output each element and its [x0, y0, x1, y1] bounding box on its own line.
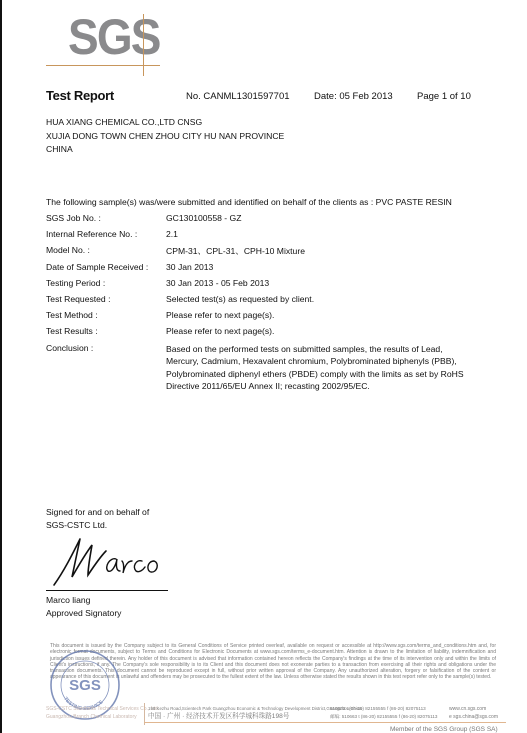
info-label: Testing Period :: [46, 278, 166, 288]
info-value: 30 Jan 2013: [166, 262, 506, 272]
sgs-logo: SGS: [44, 8, 162, 70]
info-label: Test Method :: [46, 310, 166, 320]
signature-line: [46, 590, 168, 591]
email-link[interactable]: e sgs.china@sgs.com: [449, 713, 498, 721]
signed-company: SGS-CSTC Ltd.: [46, 519, 149, 532]
company-branch-line: Guangzhou Branch Chemical Laboratory: [46, 713, 159, 721]
info-label: Test Results :: [46, 326, 166, 336]
info-label: Model No. :: [46, 245, 166, 255]
footer-web: www.cn.sgs.com e sgs.china@sgs.com: [449, 705, 498, 721]
client-address-block: HUA XIANG CHEMICAL CO.,LTD CNSG XUJIA DO…: [46, 116, 284, 155]
info-row: Test Results : Please refer to next page…: [46, 326, 506, 342]
info-value: Selected test(s) as requested by client.: [166, 294, 506, 304]
page-indicator: Page 1 of 10: [417, 91, 471, 102]
contact-phone-line: 510663 t (86-20) 82155555 f (86-20) 8207…: [330, 705, 437, 713]
conclusion-row: Conclusion : Based on the performed test…: [46, 343, 506, 393]
info-value: 2.1: [166, 229, 506, 239]
sgs-group-member: Member of the SGS Group (SGS SA): [390, 726, 498, 733]
signer-block: Marco liang Approved Signatory: [46, 594, 121, 620]
report-title: Test Report: [46, 88, 114, 103]
logo-vertical-rule: [143, 14, 144, 76]
signed-on-behalf: Signed for and on behalf of SGS-CSTC Ltd…: [46, 506, 149, 531]
info-row: SGS Job No. : GC130100558 - GZ: [46, 213, 506, 229]
info-label: Test Requested :: [46, 294, 166, 304]
client-name: HUA XIANG CHEMICAL CO.,LTD CNSG: [46, 116, 284, 129]
info-row: Testing Period : 30 Jan 2013 - 05 Feb 20…: [46, 278, 506, 294]
footer-contact: 510663 t (86-20) 82155555 f (86-20) 8207…: [330, 705, 437, 721]
info-row: Date of Sample Received : 30 Jan 2013: [46, 262, 506, 278]
svg-text:SGS: SGS: [69, 677, 101, 694]
info-value: Please refer to next page(s).: [166, 326, 506, 336]
contact-phone-line-cn: 邮编: 510663 t (86-20) 82155555 f (86-20) …: [330, 713, 437, 721]
report-number: No. CANML1301597701: [186, 91, 290, 102]
page-left-edge: [0, 0, 2, 733]
report-header: Test Report No. CANML1301597701 Date: 05…: [0, 90, 527, 106]
client-address-line: CHINA: [46, 143, 284, 156]
client-address-line: XUJIA DONG TOWN CHEN ZHOU CITY HU NAN PR…: [46, 130, 284, 143]
sample-info-table: SGS Job No. : GC130100558 - GZ Internal …: [46, 213, 506, 393]
info-label: Date of Sample Received :: [46, 262, 166, 272]
signer-name: Marco liang: [46, 594, 121, 607]
sgs-company-name: SGS-CSTC Standards Technical Services Co…: [46, 705, 159, 721]
info-label: Internal Reference No. :: [46, 229, 166, 239]
handwritten-signature: Marco: [50, 533, 170, 589]
info-value: Please refer to next page(s).: [166, 310, 506, 320]
info-value: GC130100558 - GZ: [166, 213, 506, 223]
report-date: Date: 05 Feb 2013: [314, 91, 393, 102]
info-value: 30 Jan 2013 - 05 Feb 2013: [166, 278, 506, 288]
info-label: SGS Job No. :: [46, 213, 166, 223]
info-value: CPM-31、CPL-31、CPH-10 Mixture: [166, 245, 506, 257]
info-row: Internal Reference No. : 2.1: [46, 229, 506, 245]
conclusion-text: Based on the performed tests on submitte…: [166, 343, 466, 393]
sample-intro: The following sample(s) was/were submitt…: [46, 197, 452, 207]
company-name-line: SGS-CSTC Standards Technical Services Co…: [46, 705, 159, 713]
signer-title: Approved Signatory: [46, 607, 121, 620]
info-row: Model No. : CPM-31、CPL-31、CPH-10 Mixture: [46, 245, 506, 261]
info-row: Test Requested : Selected test(s) as req…: [46, 294, 506, 310]
signed-line: Signed for and on behalf of: [46, 506, 149, 519]
footer-rule: [144, 722, 506, 723]
info-row: Test Method : Please refer to next page(…: [46, 310, 506, 326]
sgs-logo-text: SGS: [68, 12, 160, 62]
conclusion-label: Conclusion :: [46, 343, 166, 393]
website-link[interactable]: www.cn.sgs.com: [449, 705, 498, 713]
